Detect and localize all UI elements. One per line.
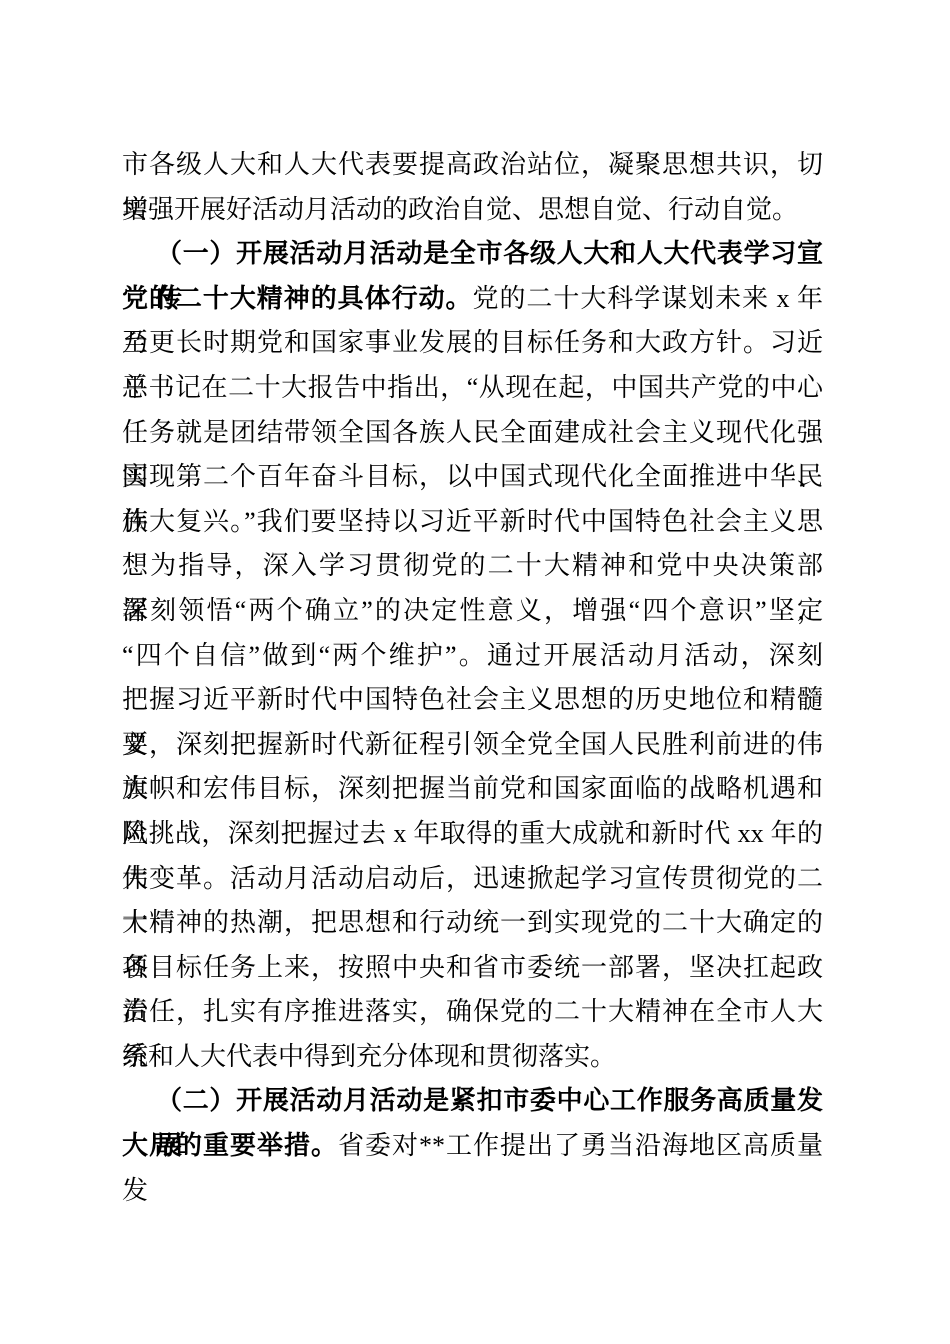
text-line: 市各级人大和人大代表要提高政治站位，凝聚思想共识，切实 [122, 143, 823, 188]
text-line: 大局的重要举措。省委对**工作提出了勇当沿海地区高质量发 [122, 1124, 823, 1169]
document-body: 市各级人大和人大代表要提高政治站位，凝聚思想共识，切实增强开展好活动月活动的政治… [122, 143, 823, 1169]
text-segment: 增强开展好活动月活动的政治自觉、思想自觉、行动自觉。 [122, 195, 798, 224]
text-line: 增强开展好活动月活动的政治自觉、思想自觉、行动自觉。 [122, 188, 823, 233]
text-line: 项目标任务上来，按照中央和省市委统一部署，坚决扛起政治 [122, 946, 823, 991]
text-line: 伟大复兴。”我们要坚持以习近平新时代中国特色社会主义思 [122, 500, 823, 545]
text-line: 责任，扎实有序推进落实，确保党的二十大精神在全市人大系 [122, 990, 823, 1035]
bold-text-segment: 党的二十大精神的具体行动。 [122, 284, 473, 313]
text-segment: 伟大复兴。”我们要坚持以习近平新时代中国特色社会主义思 [122, 507, 823, 536]
text-line: 义，深刻把握新时代新征程引领全党全国人民胜利前进的伟大 [122, 723, 823, 768]
text-line: 党的二十大精神的具体行动。党的二十大科学谋划未来 x 年乃 [122, 277, 823, 322]
text-line: 实现第二个百年奋斗目标，以中国式现代化全面推进中华民族 [122, 455, 823, 500]
text-line: 旗帜和宏伟目标，深刻把握当前党和国家面临的战略机遇和风 [122, 767, 823, 812]
text-line: 至更长时期党和国家事业发展的目标任务和大政方针。习近平 [122, 321, 823, 366]
bold-text-segment: 大局的重要举措。 [122, 1131, 338, 1160]
text-line: （一）开展活动月活动是全市各级人大和人大代表学习宣传 [122, 232, 823, 277]
text-line: 统和人大代表中得到充分体现和贯彻落实。 [122, 1035, 823, 1080]
text-line: （二）开展活动月活动是紧扣市委中心工作服务高质量发展 [122, 1079, 823, 1124]
text-line: 险挑战，深刻把握过去 x 年取得的重大成就和新时代 xx 年的伟 [122, 812, 823, 857]
text-line: 任务就是团结带领全国各族人民全面建成社会主义现代化强国、 [122, 411, 823, 456]
text-line: 总书记在二十大报告中指出，“从现在起，中国共产党的中心 [122, 366, 823, 411]
text-segment: 深刻领悟“两个确立”的决定性意义，增强“四个意识”坚定 [122, 596, 823, 625]
text-line: “四个自信”做到“两个维护”。通过开展活动月活动，深刻 [122, 634, 823, 679]
text-line: 把握习近平新时代中国特色社会主义思想的历史地位和精髓要 [122, 678, 823, 723]
text-line: 深刻领悟“两个确立”的决定性意义，增强“四个意识”坚定 [122, 589, 823, 634]
text-segment: “四个自信”做到“两个维护”。通过开展活动月活动，深刻 [122, 641, 823, 670]
text-line: 大变革。活动月活动启动后，迅速掀起学习宣传贯彻党的二十 [122, 857, 823, 902]
text-line: 大精神的热潮，把思想和行动统一到实现党的二十大确定的各 [122, 901, 823, 946]
text-line: 想为指导，深入学习贯彻党的二十大精神和党中央决策部署， [122, 544, 823, 589]
text-segment: 统和人大代表中得到充分体现和贯彻落实。 [122, 1042, 616, 1071]
document-page: 市各级人大和人大代表要提高政治站位，凝聚思想共识，切实增强开展好活动月活动的政治… [0, 0, 950, 1344]
text-segment: 总书记在二十大报告中指出，“从现在起，中国共产党的中心 [122, 373, 823, 402]
